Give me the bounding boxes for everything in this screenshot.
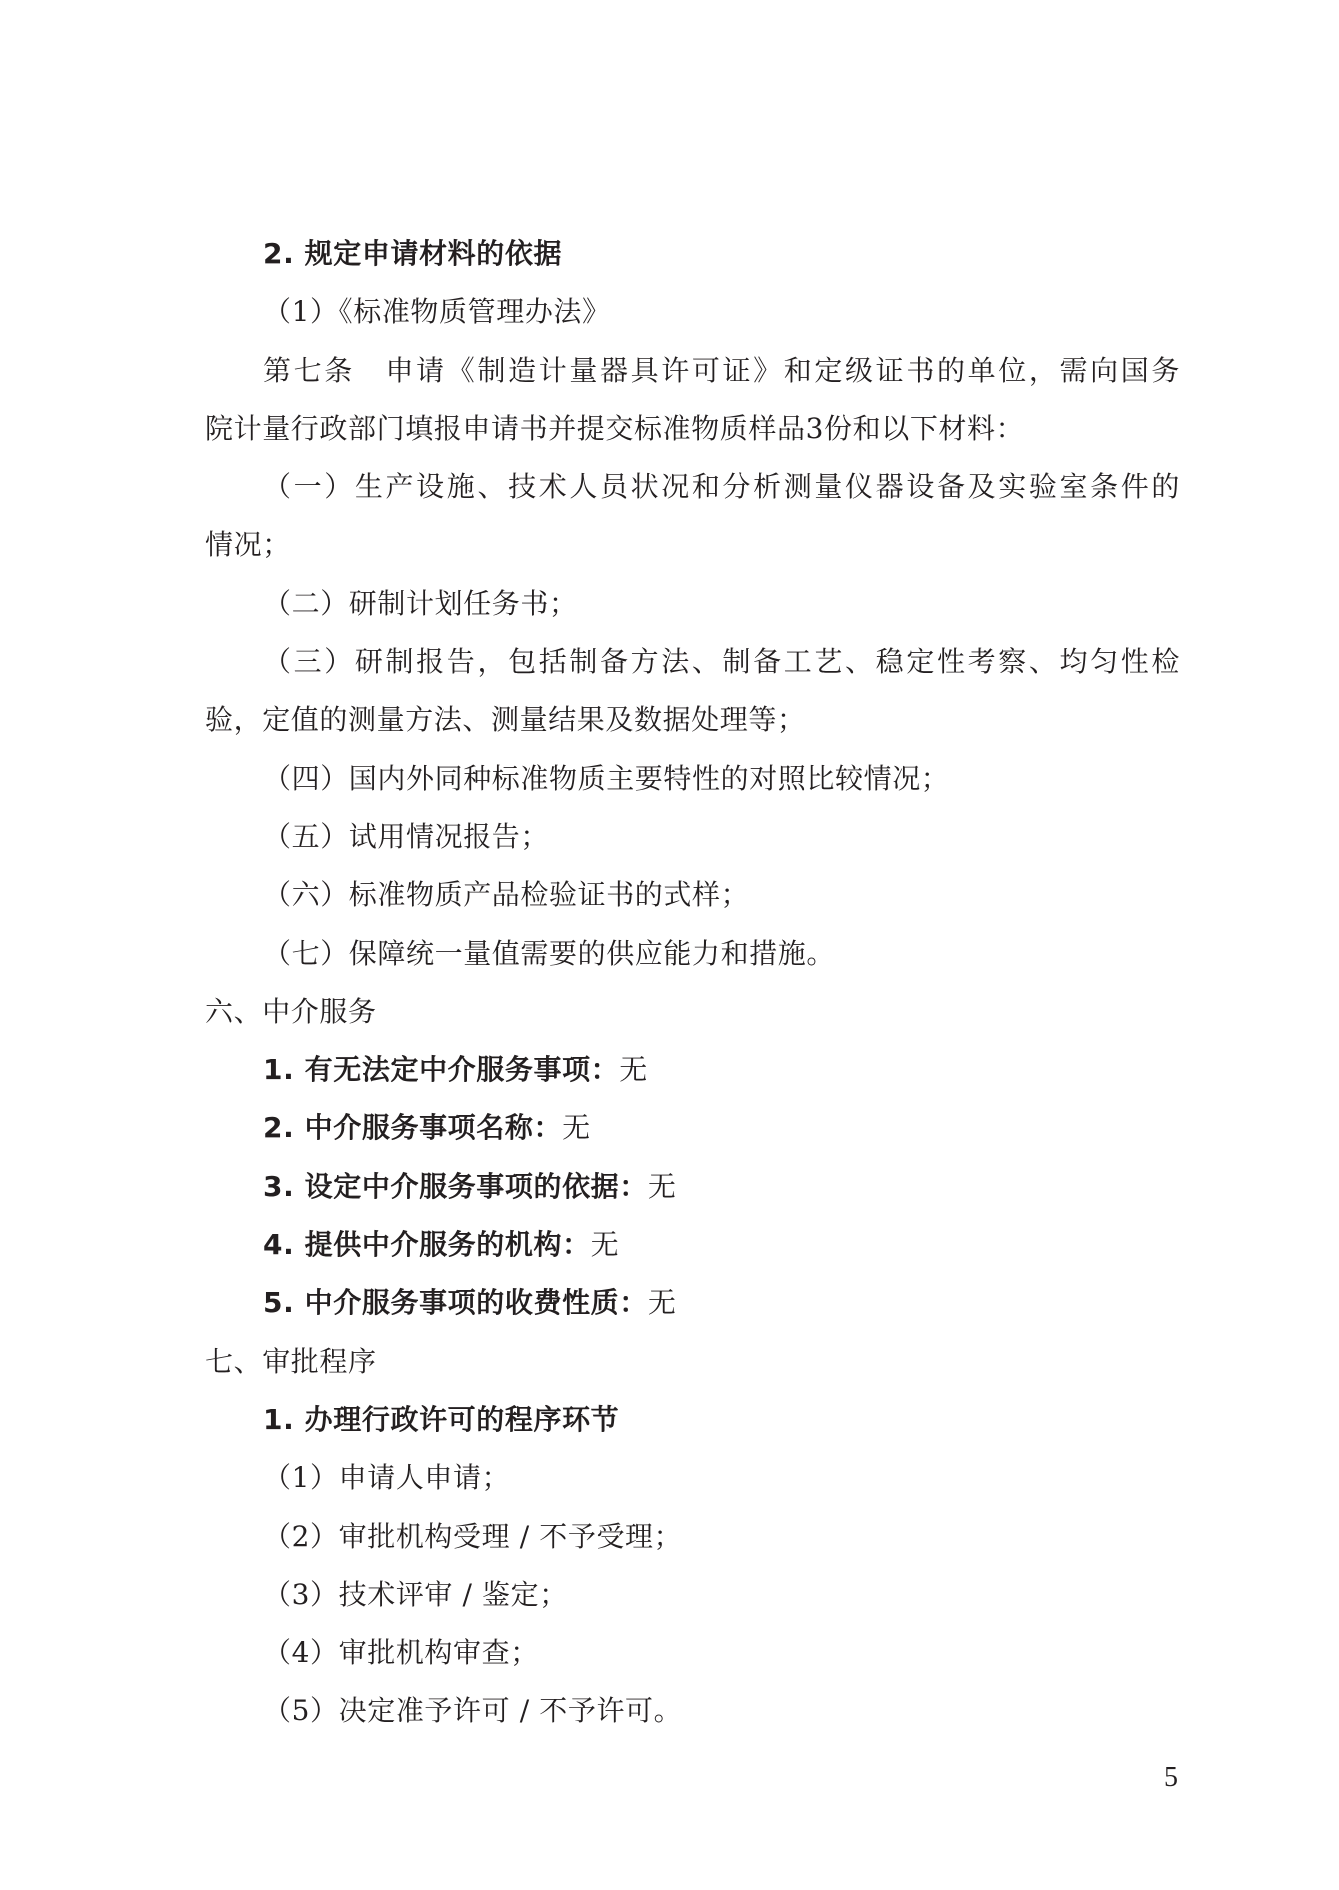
material-item-1-line-2: 情况； xyxy=(205,516,1180,574)
approval-step-2: （2）审批机构受理 / 不予受理； xyxy=(205,1508,1180,1566)
article-line-1: 第七条 申请《制造计量器具许可证》和定级证书的单位，需向国务 xyxy=(205,342,1180,400)
page-number: 5 xyxy=(1164,1762,1178,1794)
material-item-1-line-1: （一）生产设施、技术人员状况和分析测量仪器设备及实验室条件的 xyxy=(205,458,1180,516)
intermediary-item-value: 无 xyxy=(648,1286,677,1319)
material-item-2: （二）研制计划任务书； xyxy=(205,575,1180,633)
intermediary-item-label: 2. 中介服务事项名称： xyxy=(263,1111,562,1144)
approval-step-3: （3）技术评审 / 鉴定； xyxy=(205,1566,1180,1624)
material-item-4: （四）国内外同种标准物质主要特性的对照比较情况； xyxy=(205,750,1180,808)
intermediary-item-value: 无 xyxy=(648,1170,677,1203)
intermediary-item-value: 无 xyxy=(591,1228,620,1261)
approval-section-heading: 七、审批程序 xyxy=(205,1333,1180,1391)
material-item-5: （五）试用情况报告； xyxy=(205,808,1180,866)
intermediary-item-value: 无 xyxy=(562,1111,591,1144)
intermediary-item-2: 2. 中介服务事项名称：无 xyxy=(205,1099,1180,1157)
approval-step-4: （4）审批机构审查； xyxy=(205,1624,1180,1682)
intermediary-item-value: 无 xyxy=(619,1053,648,1086)
regulation-title: （1）《标准物质管理办法》 xyxy=(205,283,1180,341)
material-item-6: （六）标准物质产品检验证书的式样； xyxy=(205,866,1180,924)
intermediary-item-4: 4. 提供中介服务的机构：无 xyxy=(205,1216,1180,1274)
approval-subheading: 1. 办理行政许可的程序环节 xyxy=(205,1391,1180,1449)
basis-heading: 2. 规定申请材料的依据 xyxy=(205,225,1180,283)
intermediary-item-3: 3. 设定中介服务事项的依据：无 xyxy=(205,1158,1180,1216)
approval-step-5: （5）决定准予许可 / 不予许可。 xyxy=(205,1682,1180,1740)
intermediary-section-heading: 六、中介服务 xyxy=(205,983,1180,1041)
intermediary-item-label: 3. 设定中介服务事项的依据： xyxy=(263,1170,648,1203)
intermediary-item-label: 5. 中介服务事项的收费性质： xyxy=(263,1286,648,1319)
material-item-3-line-1: （三）研制报告，包括制备方法、制备工艺、稳定性考察、均匀性检 xyxy=(205,633,1180,691)
document-page: 2. 规定申请材料的依据 （1）《标准物质管理办法》 第七条 申请《制造计量器具… xyxy=(205,225,1180,1741)
article-line-2: 院计量行政部门填报申请书并提交标准物质样品3份和以下材料： xyxy=(205,400,1180,458)
material-item-3-line-2: 验，定值的测量方法、测量结果及数据处理等； xyxy=(205,691,1180,749)
approval-step-1: （1）申请人申请； xyxy=(205,1449,1180,1507)
intermediary-item-1: 1. 有无法定中介服务事项：无 xyxy=(205,1041,1180,1099)
intermediary-item-label: 1. 有无法定中介服务事项： xyxy=(263,1053,619,1086)
material-item-7: （七）保障统一量值需要的供应能力和措施。 xyxy=(205,925,1180,983)
intermediary-item-label: 4. 提供中介服务的机构： xyxy=(263,1228,591,1261)
intermediary-item-5: 5. 中介服务事项的收费性质：无 xyxy=(205,1274,1180,1332)
